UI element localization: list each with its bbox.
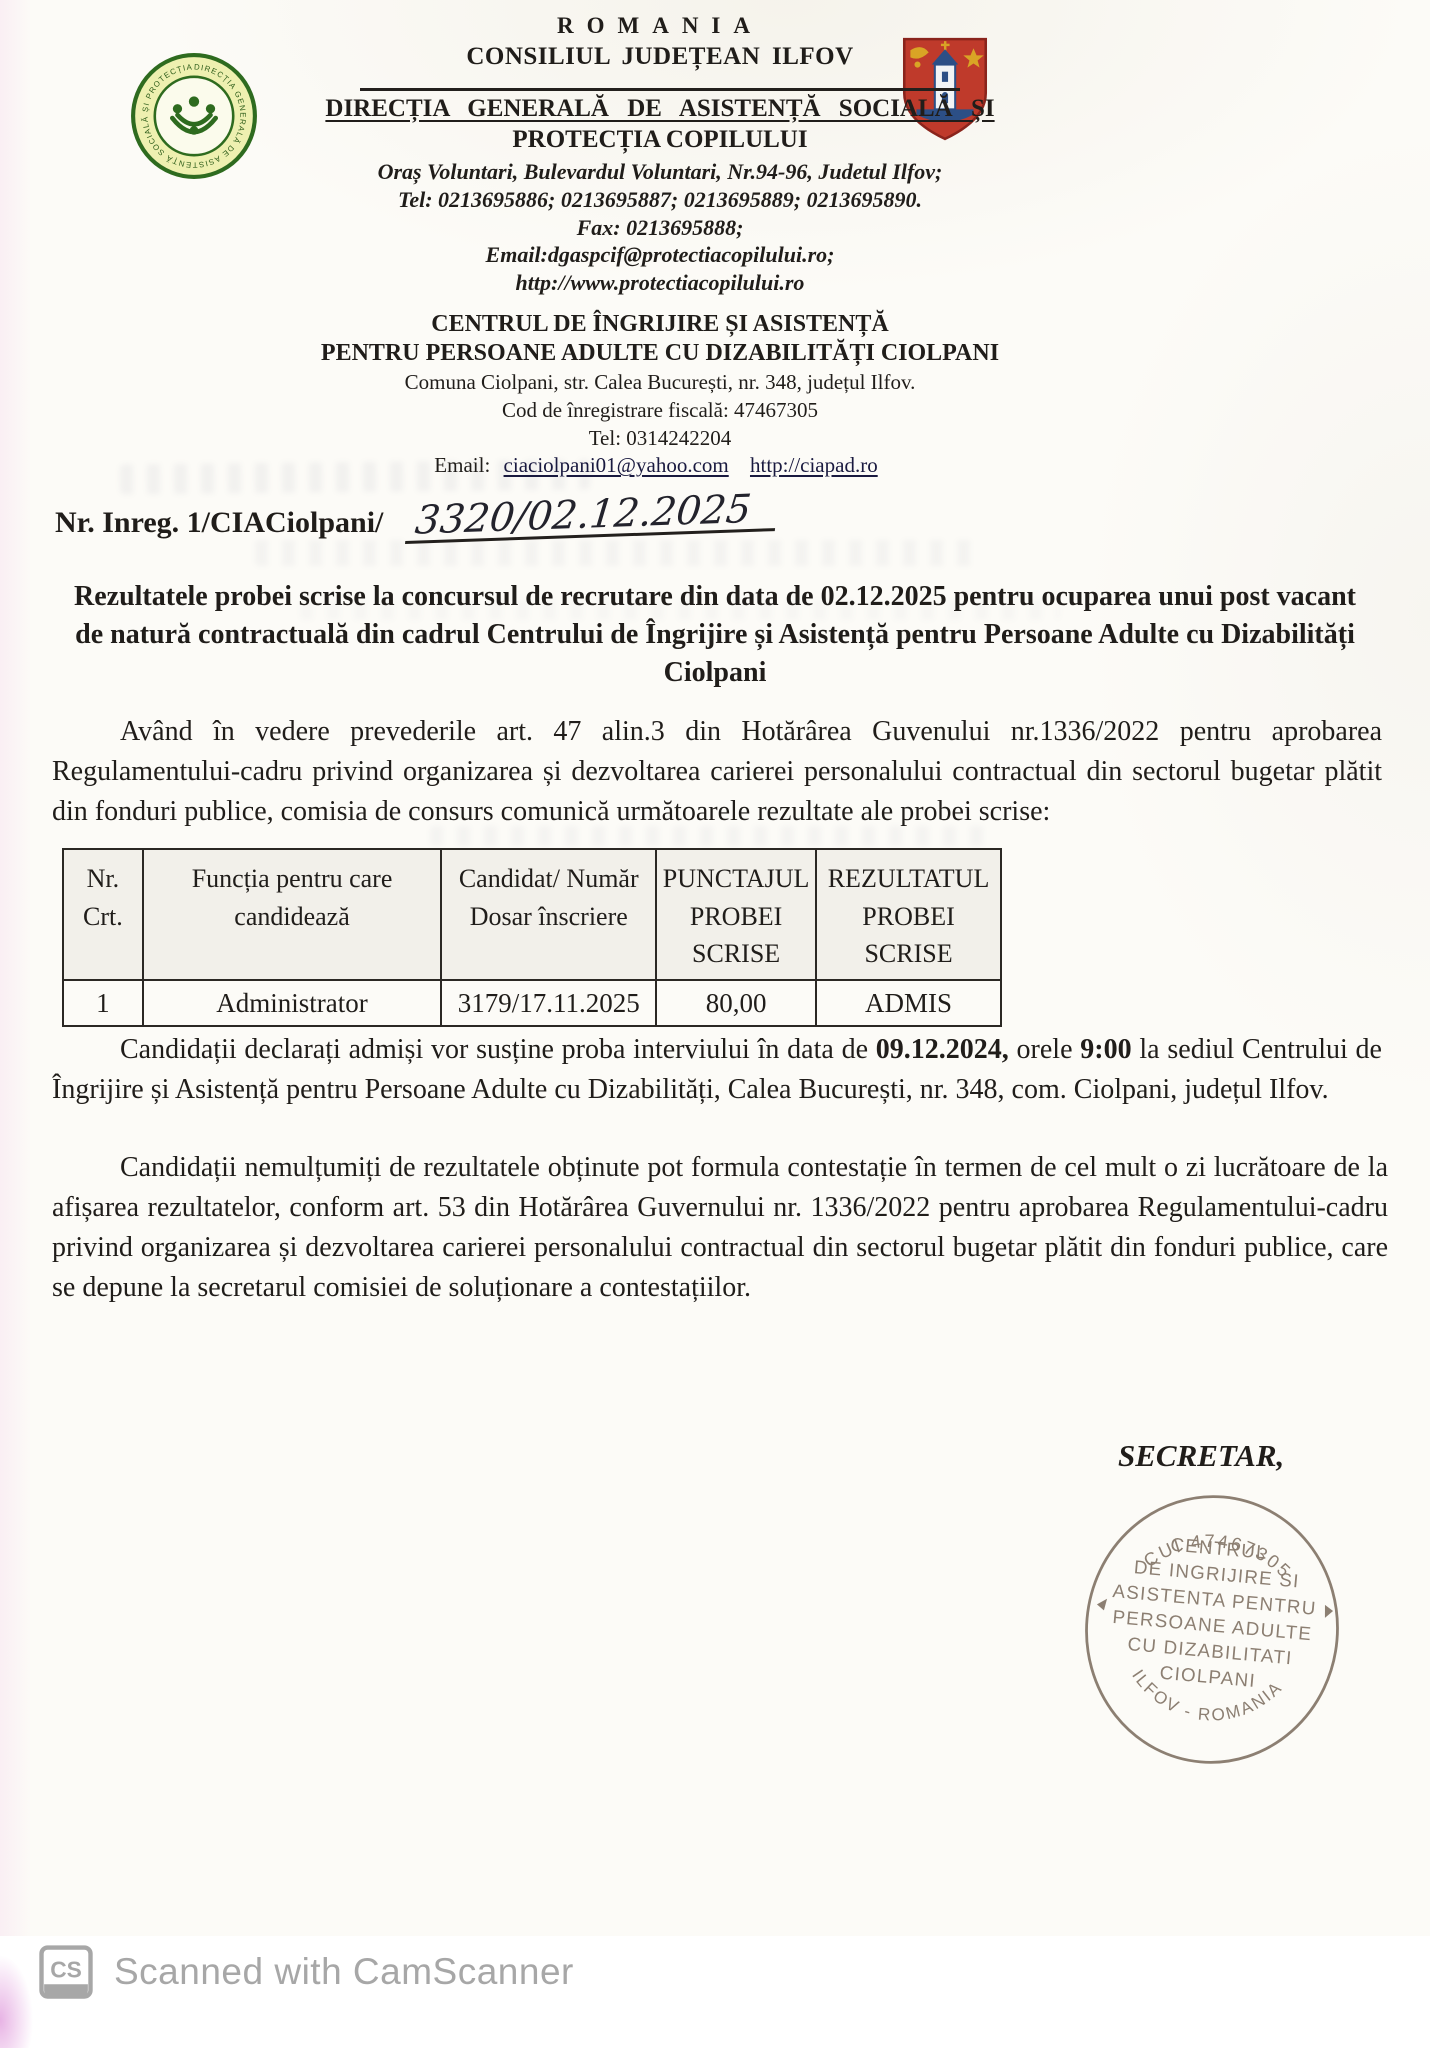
directorate-address: Oraș Voluntari, Bulevardul Voluntari, Nr…	[250, 159, 1070, 185]
cell-rezultat: ADMIS	[816, 980, 1001, 1026]
handwritten-registration-number: 3320/02.12.2025	[405, 489, 779, 544]
round-stamp: CUI 47467305 ILFOV - ROMANIA CENTRUL DE …	[1078, 1484, 1346, 1776]
directorate-name-line1: DIRECȚIA GENERALĂ DE ASISTENȚĂ SOCIALĂ Ș…	[250, 94, 1070, 124]
country-name: ROMANIA	[250, 12, 1070, 39]
directorate-email: Email:dgaspcif@protectiacopilului.ro;	[250, 242, 1070, 268]
interview-text: orele	[1009, 1034, 1081, 1065]
document-title: Rezultatele probei scrise la concursul d…	[68, 578, 1362, 692]
col-header-candidat: Candidat/ Număr Dosar înscriere	[441, 849, 656, 980]
interview-text: Candidații declarați admiși vor susține …	[120, 1034, 876, 1065]
letterhead-divider	[360, 88, 960, 91]
directorate-name-line2: PROTECȚIA COPILULUI	[250, 125, 1070, 155]
col-header-functia: Funcția pentru care candidează	[143, 849, 442, 980]
camscanner-logo-icon: CS	[38, 1944, 94, 2000]
cell-nr-crt: 1	[63, 980, 143, 1026]
center-contact-line: Email: ciaciolpani01@yahoo.com http://ci…	[250, 453, 1070, 478]
interview-paragraph: Candidații declarați admiși vor susține …	[52, 1030, 1382, 1110]
cell-punctaj: 80,00	[656, 980, 816, 1026]
center-email: ciaciolpani01@yahoo.com	[504, 453, 729, 477]
camscanner-footer: CS Scanned with CamScanner	[0, 1936, 1430, 2048]
center-fiscal-code: Cod de înregistrare fiscală: 47467305	[250, 398, 1070, 423]
stamp-marker-left	[1096, 1598, 1107, 1611]
center-address: Comuna Ciolpani, str. Calea București, n…	[250, 370, 1070, 395]
directorate-phones: Tel: 0213695886; 0213695887; 0213695889;…	[250, 187, 1070, 213]
svg-text:CS: CS	[50, 1956, 82, 1982]
intro-paragraph: Având în vedere prevederile art. 47 alin…	[52, 712, 1382, 832]
center-website: http://ciapad.ro	[750, 453, 878, 477]
col-header-nr-crt: Nr. Crt.	[63, 849, 143, 980]
cell-candidat: 3179/17.11.2025	[441, 980, 656, 1026]
registration-label: Nr. Inreg. 1/CIACiolpani/	[55, 506, 383, 539]
col-header-punctaj: PUNCTAJUL PROBEI SCRISE	[656, 849, 816, 980]
dgaspc-logo: DIRECȚIA GENERALĂ DE ASISTENȚĂ SOCIALĂ Ș…	[130, 52, 258, 180]
center-name-line1: CENTRUL DE ÎNGRIJIRE ȘI ASISTENȚĂ	[250, 310, 1070, 338]
secretary-signature-label: SECRETAR,	[1118, 1438, 1284, 1474]
center-phone: Tel: 0314242204	[250, 426, 1070, 451]
table-row: 1 Administrator 3179/17.11.2025 80,00 AD…	[63, 980, 1001, 1026]
directorate-website: http://www.protectiacopilului.ro	[250, 270, 1070, 296]
letterhead: ROMANIA CONSILIUL JUDEȚEAN ILFOV DIRECȚI…	[250, 12, 1070, 478]
svg-text:CIOLPANI: CIOLPANI	[1159, 1662, 1257, 1691]
cell-functia: Administrator	[143, 980, 442, 1026]
svg-text:CENTRUL: CENTRUL	[1170, 1534, 1269, 1563]
scanned-document-page: DIRECȚIA GENERALĂ DE ASISTENȚĂ SOCIALĂ Ș…	[0, 0, 1430, 2048]
col-header-rezultat: REZULTATUL PROBEI SCRISE	[816, 849, 1001, 980]
contestation-paragraph: Candidații nemulțumiți de rezultatele ob…	[52, 1148, 1388, 1308]
directorate-fax: Fax: 0213695888;	[250, 215, 1070, 241]
center-email-label: Email:	[434, 453, 490, 477]
registration-line: Nr. Inreg. 1/CIACiolpani/ 3320/02.12.202…	[55, 500, 775, 542]
camscanner-watermark-text: Scanned with CamScanner	[114, 1951, 574, 1993]
council-name: CONSILIUL JUDEȚEAN ILFOV	[250, 42, 1070, 72]
results-table: Nr. Crt. Funcția pentru care candidează …	[62, 848, 1002, 1027]
stamp-marker-right	[1324, 1605, 1334, 1619]
table-header-row: Nr. Crt. Funcția pentru care candidează …	[63, 849, 1001, 980]
center-name-line2: PENTRU PERSOANE ADULTE CU DIZABILITĂȚI C…	[250, 339, 1070, 367]
bleed-through-smudge	[255, 540, 975, 566]
interview-date: 09.12.2024,	[876, 1034, 1009, 1065]
interview-time: 9:00	[1080, 1034, 1131, 1065]
